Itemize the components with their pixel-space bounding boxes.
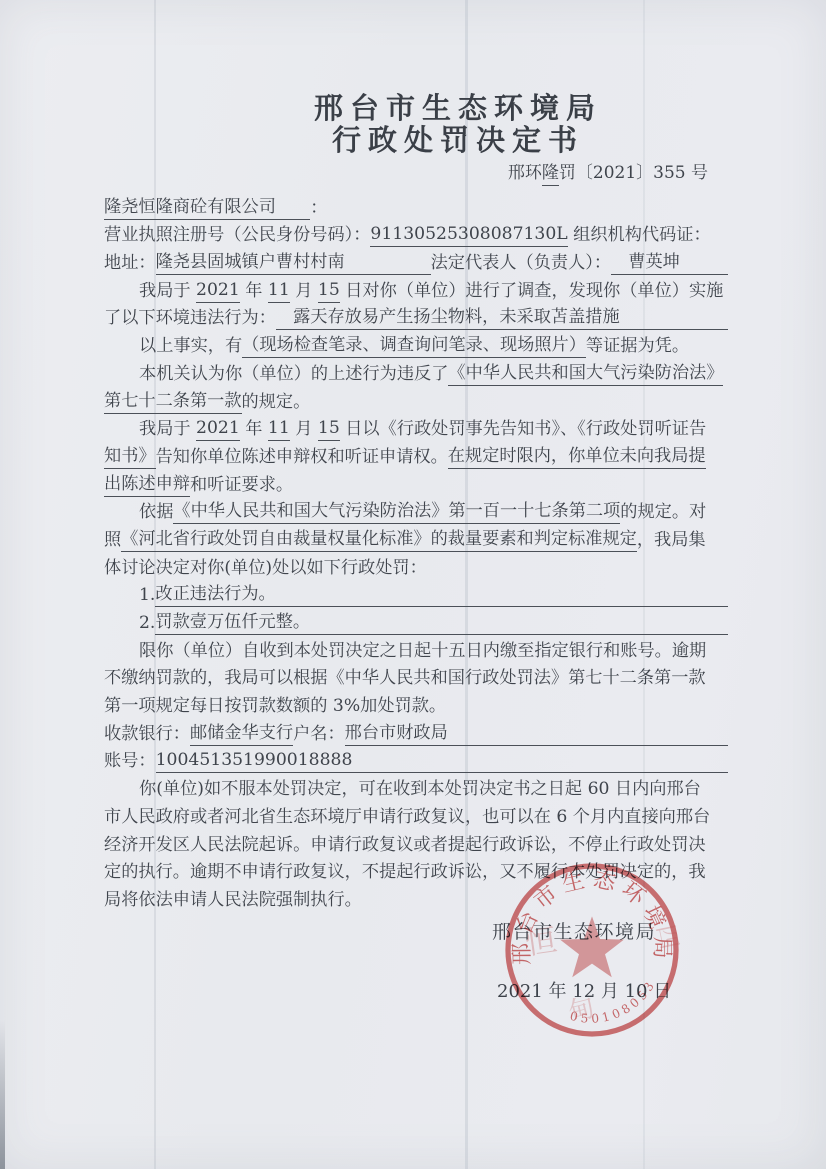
blank-underline [276, 606, 728, 607]
text-segment: 第七十二条第一款 [104, 389, 242, 414]
text-segment: 月 [290, 417, 318, 441]
text-segment: 年 [240, 417, 268, 441]
text-segment: 法定代表人（负责人）： [431, 251, 611, 275]
text-segment: 罚款壹万伍仟元整。 [155, 610, 310, 635]
document-text-line: 营业执照注册号（公民身份号码）：91130525308087130L 组织机构代… [104, 220, 728, 248]
text-segment: 的规定。对 [620, 500, 706, 524]
document-text-line: 1.改正违法行为。 [104, 580, 728, 608]
text-segment: 邢台市财政局 [345, 721, 448, 746]
document-text-line: 了以下环境违法行为： 露天存放易产生扬尘物料，未采取苫盖措施 [104, 303, 728, 331]
text-segment: 体讨论决定对你(单位)处以如下行政处罚： [104, 556, 427, 580]
document-text-line: 照《河北省行政处罚自由裁量权量化标准》的裁量要素和判定标准规定，我局集 [104, 524, 728, 552]
text-segment: 月 [290, 279, 318, 303]
text-segment: 2021 [196, 278, 240, 303]
scan-edge-shadow [0, 1020, 5, 1169]
text-segment: 等证据为凭。 [586, 334, 689, 358]
document-text-line: 经济开发区人民法院起诉。申请行政复议或者提起行政诉讼，不停止行政处罚决 [104, 829, 728, 857]
text-segment: 收款银行： [104, 722, 190, 746]
text-segment: 你(单位)如不服本处罚决定，可在收到本处罚决定书之日起 60 日内向邢台 [139, 777, 701, 801]
document-text-line: 你(单位)如不服本处罚决定，可在收到本处罚决定书之日起 60 日内向邢台 [104, 773, 728, 801]
text-segment: 第一项规定每日按罚款数额的 3%加处罚款。 [104, 694, 446, 718]
text-segment: 年 [240, 279, 268, 303]
blank-underline [310, 634, 728, 635]
signature-agency: 邢台市生态环境局 [492, 921, 656, 943]
text-segment: 日对你（单位）进行了调查，发现你（单位）实施 [340, 279, 724, 303]
text-segment: 依据 [139, 500, 173, 524]
text-segment: 隆尧县固城镇户曹村村南 [156, 250, 431, 275]
text-segment: 的规定。 [242, 390, 311, 414]
text-segment: 本机关认为你（单位）的上述行为违反了 [139, 362, 448, 386]
blank-underline [448, 745, 728, 746]
text-segment: 邮储金华支行 [190, 721, 293, 746]
document-text-line: 依据《中华人民共和国大气污染防治法》第一百一十七条第二项的规定。对 [104, 497, 728, 525]
document-text-line: 出陈述申辩和听证要求。 [104, 469, 728, 497]
text-segment: 限你（单位）自收到本处罚决定之日起十五日内缴至指定银行和账号。逾期 [139, 639, 706, 663]
text-segment: 营业执照注册号（公民身份号码）： [104, 223, 370, 247]
document-text-line: 限你（单位）自收到本处罚决定之日起十五日内缴至指定银行和账号。逾期 [104, 635, 728, 663]
text-segment: 《中华人民共和国大气污染防治法》第一百一十七条第二项 [173, 499, 620, 524]
text-segment: 隆尧恒隆商砼有限公司 [104, 195, 310, 220]
document-title-line2: 行政处罚决定书 [146, 124, 770, 156]
text-segment: 91130525308087130L [370, 222, 567, 247]
scanned-document-page: 邢台市生态环境局 行政处罚决定书 邢环隆罚〔2021〕355 号 隆尧恒隆商砼有… [0, 0, 826, 1169]
document-text-line: 体讨论决定对你(单位)处以如下行政处罚： [104, 552, 728, 580]
text-segment: 出陈述申辩 [104, 472, 190, 497]
text-segment: 100451351990018888 [156, 748, 353, 773]
text-segment: 《河北省行政处罚自由裁量权量化标准》的裁量要素和判定标准规定 [121, 527, 637, 552]
text-segment: 在规定时限内，你单位未向我局提 [448, 444, 706, 469]
document-text-line: 收款银行：邮储金华支行户名：邢台市财政局 [104, 718, 728, 746]
text-segment: （现场检查笔录、调查询问笔录、现场照片） [242, 333, 586, 358]
document-text-line: 2.罚款壹万伍仟元整。 [104, 607, 728, 635]
text-segment: ： [310, 196, 327, 220]
text-segment: 罚〔2021〕355 号 [559, 161, 708, 186]
document-text-line: 我局于 2021 年 11 月 15 日以《行政处罚事先告知书》、《行政处罚听证… [104, 414, 728, 442]
text-segment: 组织机构代码证： [568, 223, 711, 247]
document-text-line: 本机关认为你（单位）的上述行为违反了《中华人民共和国大气污染防治法》 [104, 358, 728, 386]
text-segment: 我局于 [139, 279, 196, 303]
text-segment: 知书》 [104, 444, 156, 469]
document-text-line: 以上事实，有（现场检查笔录、调查询问笔录、现场照片）等证据为凭。 [104, 330, 728, 358]
text-segment: 以上事实，有 [139, 334, 242, 358]
signature-date: 2021 年 12 月 10 日 [497, 981, 671, 1003]
text-segment: 隆 [542, 161, 559, 186]
document-number: 邢环隆罚〔2021〕355 号 [104, 161, 728, 186]
text-segment: 15 [318, 416, 340, 441]
text-segment: 11 [268, 416, 290, 441]
document-text-line: 隆尧恒隆商砼有限公司 ： [104, 192, 728, 220]
document-body: 隆尧恒隆商砼有限公司 ：营业执照注册号（公民身份号码）：911305253080… [104, 192, 728, 912]
text-segment: 《中华人民共和国大气污染防治法》 [448, 361, 723, 386]
seal-ghost-mark: 四 [651, 922, 683, 951]
text-segment: 照 [104, 528, 121, 552]
text-segment: 地址： [104, 251, 156, 275]
text-segment: 不缴纳罚款的，我局可以根据《中华人民共和国行政处罚法》第七十二条第一款 [104, 666, 706, 690]
document-text-line: 账号：100451351990018888 [104, 746, 728, 774]
blank-underline [352, 772, 728, 773]
text-segment: 我局于 [139, 417, 196, 441]
document-text-line: 市人民政府或者河北省生态环境厅申请行政复议，也可以在 6 个月内直接向邢台 [104, 801, 728, 829]
document-text-line: 地址：隆尧县固城镇户曹村村南 法定代表人（负责人）： 曹英坤 [104, 247, 728, 275]
document-text-line: 我局于 2021 年 11 月 15 日对你（单位）进行了调查，发现你（单位）实… [104, 275, 728, 303]
text-segment: 市人民政府或者河北省生态环境厅申请行政复议，也可以在 6 个月内直接向邢台 [104, 805, 710, 829]
blank-underline [620, 329, 728, 330]
document-text-line: 知书》告知你单位陈述申辩权和听证申请权。在规定时限内，你单位未向我局提 [104, 441, 728, 469]
document-text-line: 第七十二条第一款的规定。 [104, 386, 728, 414]
text-segment: 经济开发区人民法院起诉。申请行政复议或者提起行政诉讼，不停止行政处罚决 [104, 833, 706, 857]
text-segment: 日以《行政处罚事先告知书》、《行政处罚听证告 [340, 417, 706, 441]
text-segment: 1. [139, 583, 155, 607]
document-text-line: 不缴纳罚款的，我局可以根据《中华人民共和国行政处罚法》第七十二条第一款 [104, 663, 728, 691]
text-segment: 露天存放易产生扬尘物料，未采取苫盖措施 [276, 305, 620, 330]
text-segment: 和听证要求。 [190, 473, 293, 497]
text-segment: 曹英坤 [611, 250, 680, 275]
document-title-line1: 邢台市生态环境局 [146, 92, 770, 124]
document-content: 邢台市生态环境局 行政处罚决定书 邢环隆罚〔2021〕355 号 隆尧恒隆商砼有… [104, 92, 728, 912]
text-segment: 账号： [104, 749, 156, 773]
text-segment: 邢环 [508, 161, 542, 186]
text-segment: 15 [318, 278, 340, 303]
text-segment: 2021 [196, 416, 240, 441]
text-segment: 定的执行。逾期不申请行政复议，不提起行政诉讼，又不履行本处罚决定的，我 [104, 860, 706, 884]
text-segment: 改正违法行为。 [155, 582, 275, 607]
text-segment: 11 [268, 278, 290, 303]
document-text-line: 定的执行。逾期不申请行政复议，不提起行政诉讼，又不履行本处罚决定的，我 [104, 857, 728, 885]
text-segment: 局将依法申请人民法院强制执行。 [104, 888, 362, 912]
text-segment: 了以下环境违法行为： [104, 306, 276, 330]
text-segment: 2. [139, 611, 155, 635]
text-segment: 告知你单位陈述申辩权和听证申请权。 [156, 445, 448, 469]
text-segment: ，我局集 [637, 528, 706, 552]
blank-underline [680, 274, 728, 275]
document-text-line: 第一项规定每日按罚款数额的 3%加处罚款。 [104, 690, 728, 718]
document-text-line: 局将依法申请人民法院强制执行。 [104, 884, 728, 912]
text-segment: 户名： [293, 722, 345, 746]
